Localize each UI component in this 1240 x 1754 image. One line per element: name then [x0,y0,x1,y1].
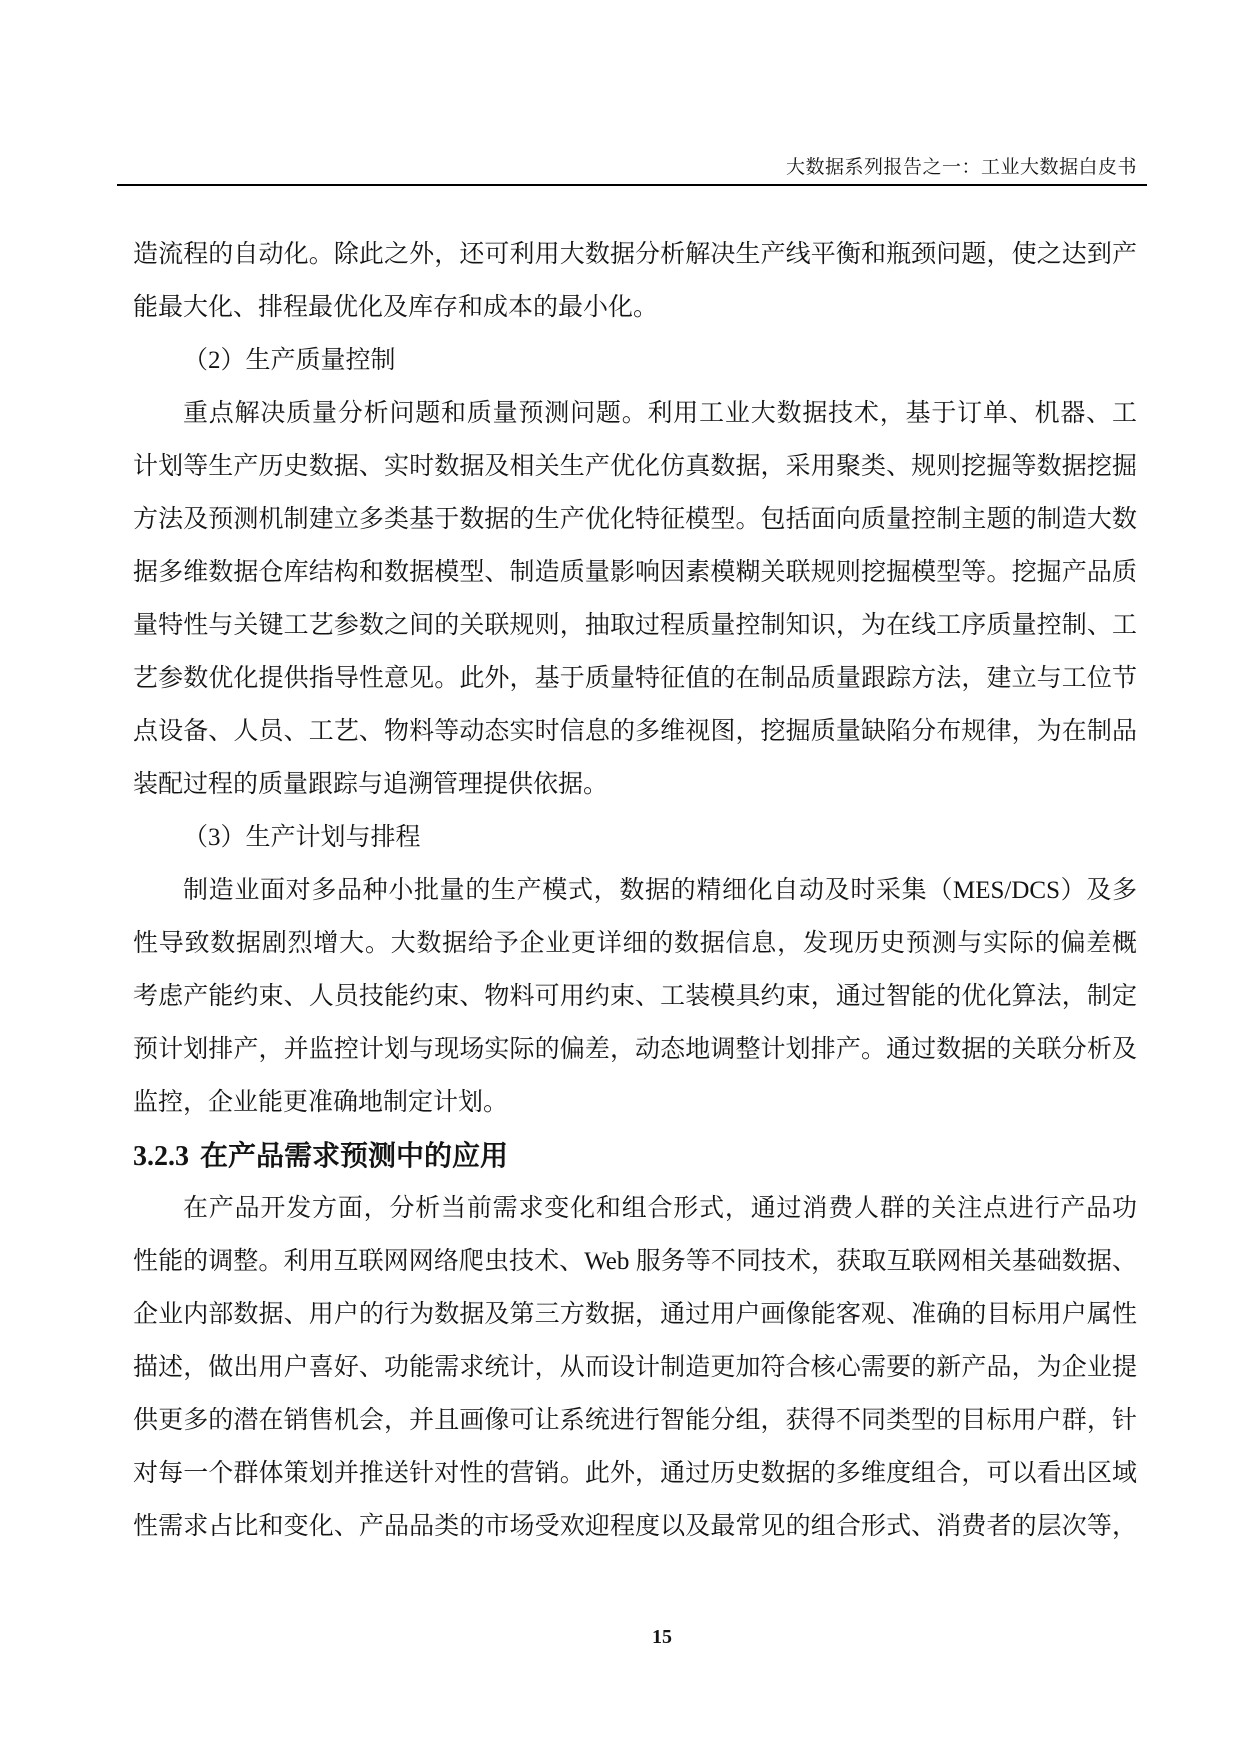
section-heading: 3.2.3在产品需求预测中的应用 [133,1129,1137,1182]
text-line: 能最大化、排程最优化及库存和成本的最小化。 [133,281,1137,334]
text-line: 制造业面对多品种小批量的生产模式，数据的精细化自动及时采集（MES/DCS）及多… [133,864,1137,917]
document-body: 造流程的自动化。除此之外，还可利用大数据分析解决生产线平衡和瓶颈问题，使之达到产… [133,228,1137,1553]
text-line: 艺参数优化提供指导性意见。此外，基于质量特征值的在制品质量跟踪方法，建立与工位节 [133,652,1137,705]
body-paragraph: 制造业面对多品种小批量的生产模式，数据的精细化自动及时采集（MES/DCS）及多… [133,864,1137,1129]
body-paragraph: 造流程的自动化。除此之外，还可利用大数据分析解决生产线平衡和瓶颈问题，使之达到产… [133,228,1137,334]
document-page: 大数据系列报告之一：工业大数据白皮书 造流程的自动化。除此之外，还可利用大数据分… [0,0,1240,1754]
text-line: 性需求占比和变化、产品品类的市场受欢迎程度以及最常见的组合形式、消费者的层次等， [133,1500,1137,1553]
text-line: 量特性与关键工艺参数之间的关联规则，抽取过程质量控制知识，为在线工序质量控制、工 [133,599,1137,652]
body-paragraph: 在产品开发方面，分析当前需求变化和组合形式，通过消费人群的关注点进行产品功能、性… [133,1182,1137,1553]
text-line: 重点解决质量分析问题和质量预测问题。利用工业大数据技术，基于订单、机器、工艺、 [133,387,1137,440]
text-line: 计划等生产历史数据、实时数据及相关生产优化仿真数据，采用聚类、规则挖掘等数据挖掘 [133,440,1137,493]
text-line: 点设备、人员、工艺、物料等动态实时信息的多维视图，挖掘质量缺陷分布规律，为在制品 [133,705,1137,758]
text-line: 对每一个群体策划并推送针对性的营销。此外，通过历史数据的多维度组合，可以看出区域 [133,1447,1137,1500]
text-line: 供更多的潜在销售机会，并且画像可让系统进行智能分组，获得不同类型的目标用户群，针 [133,1394,1137,1447]
page-header-title: 大数据系列报告之一：工业大数据白皮书 [133,155,1137,181]
sub-heading: （2）生产质量控制 [133,334,1137,387]
text-line: 装配过程的质量跟踪与追溯管理提供依据。 [133,758,1137,811]
text-line: 在产品开发方面，分析当前需求变化和组合形式，通过消费人群的关注点进行产品功能、 [133,1182,1137,1235]
text-line: 描述，做出用户喜好、功能需求统计，从而设计制造更加符合核心需要的新产品，为企业提 [133,1341,1137,1394]
text-line: 企业内部数据、用户的行为数据及第三方数据，通过用户画像能客观、准确的目标用户属性 [133,1288,1137,1341]
section-number: 3.2.3 [133,1141,189,1172]
text-line: 考虑产能约束、人员技能约束、物料可用约束、工装模具约束，通过智能的优化算法，制定 [133,970,1137,1023]
sub-heading: （3）生产计划与排程 [133,811,1137,864]
section-title: 在产品需求预测中的应用 [200,1140,508,1171]
header-rule [117,184,1147,186]
text-line: 方法及预测机制建立多类基于数据的生产优化特征模型。包括面向质量控制主题的制造大数 [133,493,1137,546]
text-line: 性导致数据剧烈增大。大数据给予企业更详细的数据信息，发现历史预测与实际的偏差概率… [133,917,1137,970]
text-line: 监控，企业能更准确地制定计划。 [133,1076,1137,1129]
text-line: 造流程的自动化。除此之外，还可利用大数据分析解决生产线平衡和瓶颈问题，使之达到产 [133,228,1137,281]
page-number: 15 [160,1624,1164,1650]
body-paragraph: 重点解决质量分析问题和质量预测问题。利用工业大数据技术，基于订单、机器、工艺、计… [133,387,1137,811]
text-line: 性能的调整。利用互联网网络爬虫技术、Web 服务等不同技术，获取互联网相关基础数… [133,1235,1137,1288]
text-line: 预计划排产，并监控计划与现场实际的偏差，动态地调整计划排产。通过数据的关联分析及 [133,1023,1137,1076]
text-line: 据多维数据仓库结构和数据模型、制造质量影响因素模糊关联规则挖掘模型等。挖掘产品质 [133,546,1137,599]
